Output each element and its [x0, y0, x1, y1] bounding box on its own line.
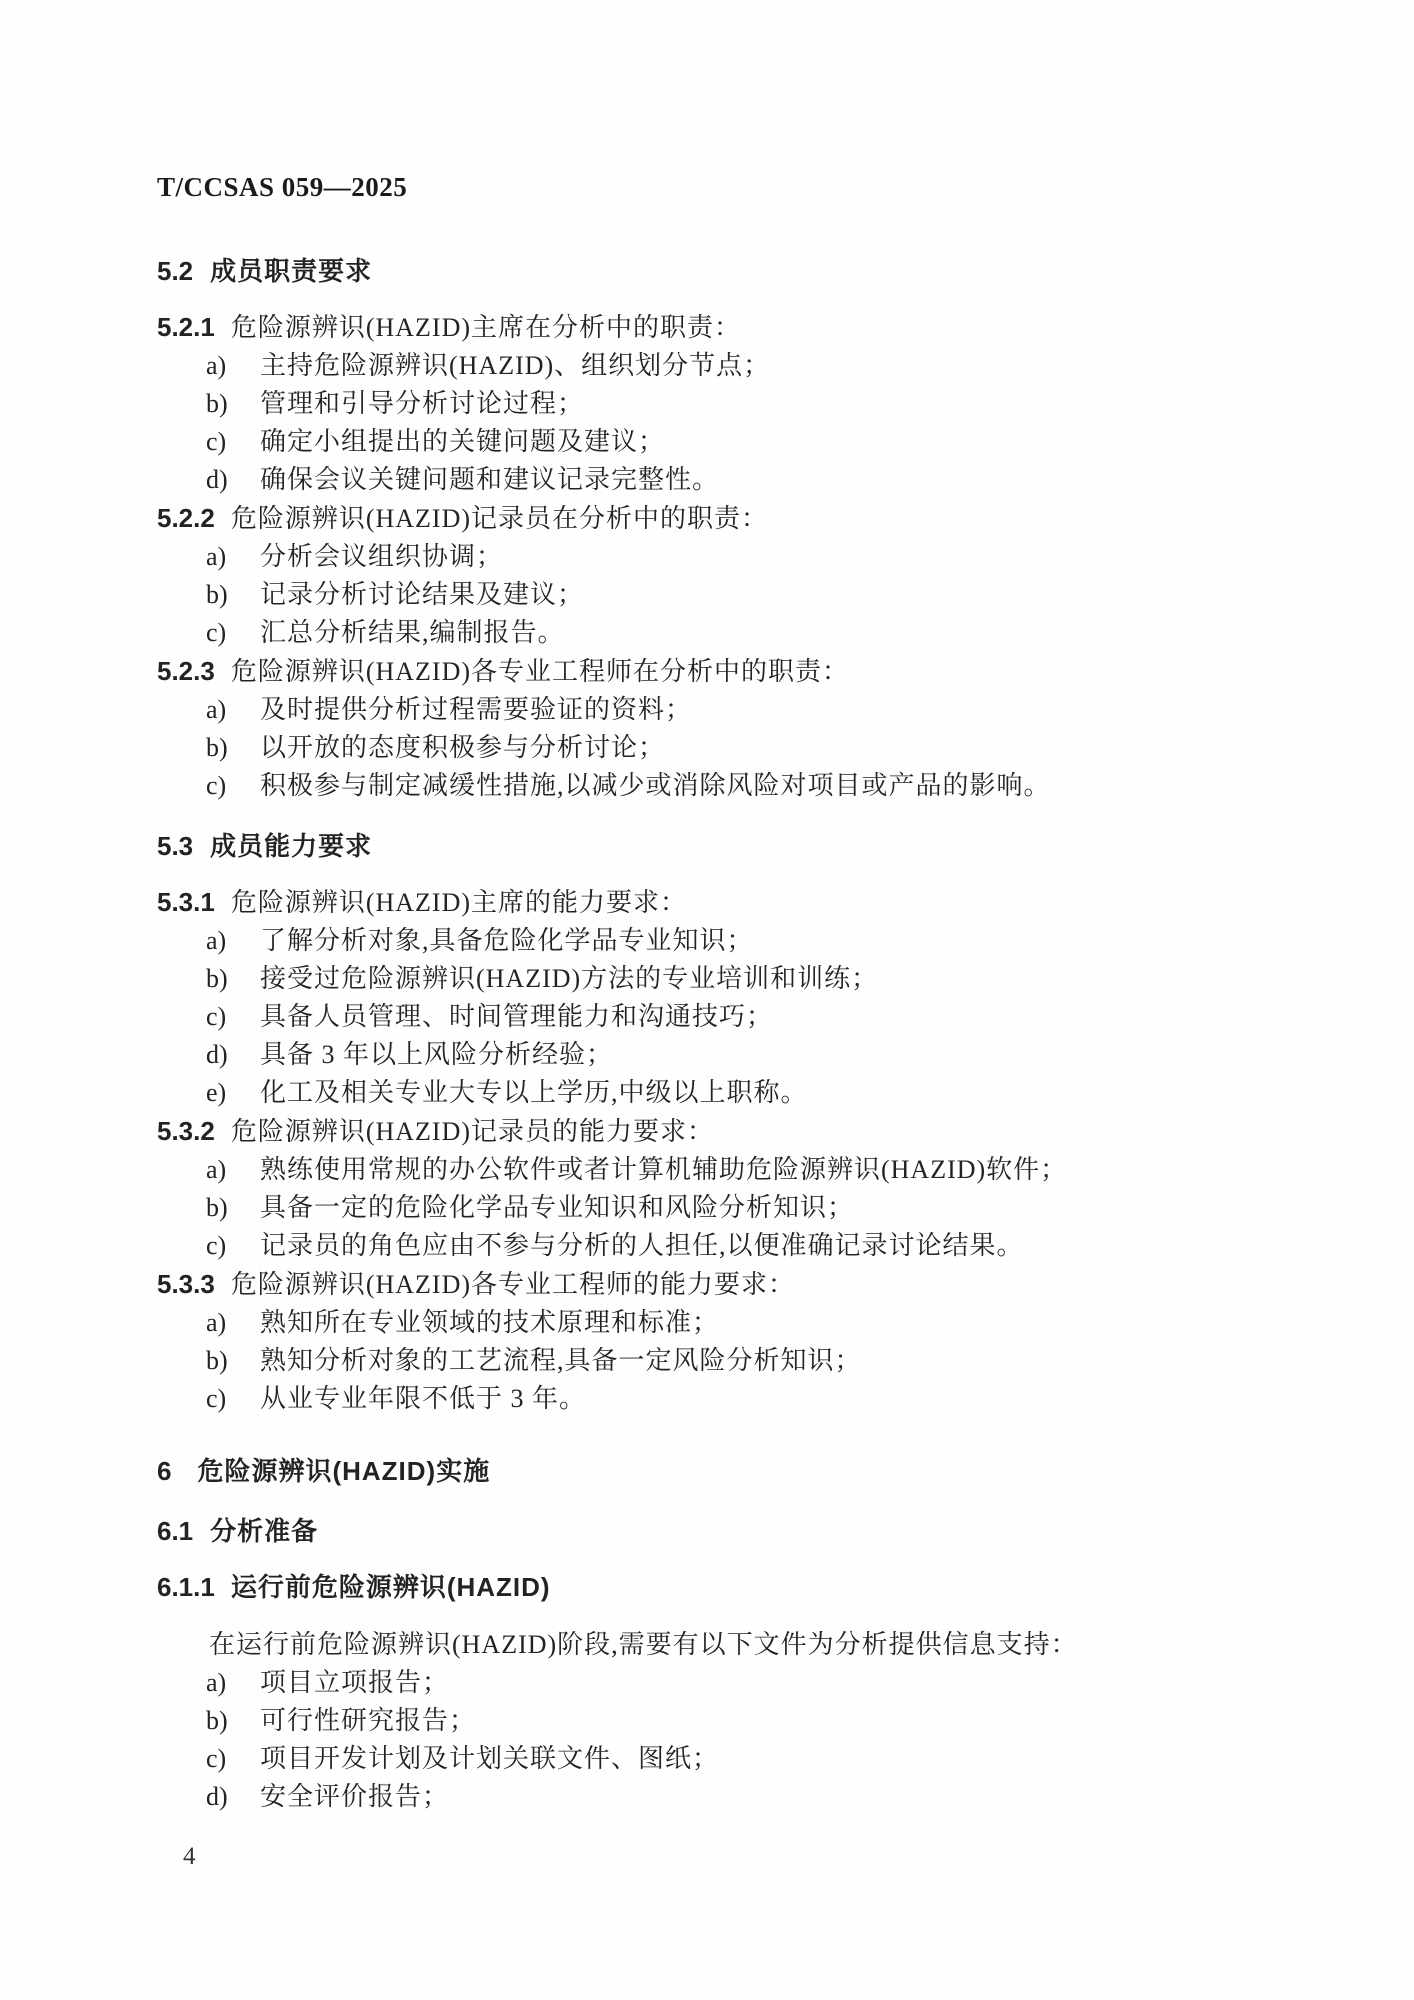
block-text: 分析会议组织协调； — [260, 542, 503, 571]
list-item: b)以开放的态度积极参与分析讨论； — [206, 729, 1297, 767]
section-number: 6 — [157, 1456, 171, 1486]
block-text: 接受过危险源辨识(HAZID)方法的专业培训和训练； — [260, 964, 878, 993]
block-text: 熟知所在专业领域的技术原理和标准； — [260, 1308, 719, 1337]
block-text: 危险源辨识(HAZID)记录员在分析中的职责： — [231, 504, 768, 533]
list-item: c)项目开发计划及计划关联文件、图纸； — [206, 1740, 1297, 1778]
block-text: 运行前危险源辨识(HAZID) — [231, 1572, 551, 1602]
section-number: 5.2 — [157, 256, 193, 286]
list-item-letter: d) — [206, 1036, 260, 1074]
block-text: 熟知分析对象的工艺流程,具备一定风险分析知识； — [260, 1346, 862, 1375]
block-text: 确定小组提出的关键问题及建议； — [260, 427, 665, 456]
list-item-letter: e) — [206, 1074, 260, 1112]
list-item-letter: a) — [206, 538, 260, 576]
list-item-letter: a) — [206, 1664, 260, 1702]
list-item: c)汇总分析结果,编制报告。 — [206, 614, 1297, 652]
list-item-letter: d) — [206, 1778, 260, 1816]
section-heading: 6危险源辨识(HAZID)实施 — [157, 1452, 1297, 1490]
section-number: 5.2.3 — [157, 656, 215, 686]
section-number: 5.3.1 — [157, 887, 215, 917]
block-text: 了解分析对象,具备危险化学品专业知识； — [260, 926, 754, 955]
list-item: a)及时提供分析过程需要验证的资料； — [206, 691, 1297, 729]
block-text: 熟练使用常规的办公软件或者计算机辅助危险源辨识(HAZID)软件； — [260, 1155, 1067, 1184]
section-number: 5.3.2 — [157, 1116, 215, 1146]
block-text: 危险源辨识(HAZID)实施 — [197, 1456, 490, 1486]
block-text: 及时提供分析过程需要验证的资料； — [260, 695, 692, 724]
block-text: 记录分析讨论结果及建议； — [260, 580, 584, 609]
section-number: 5.3.3 — [157, 1269, 215, 1299]
list-item: d)确保会议关键问题和建议记录完整性。 — [206, 461, 1297, 499]
clause: 5.3.1危险源辨识(HAZID)主席的能力要求： — [157, 883, 1297, 922]
clause: 5.2.2危险源辨识(HAZID)记录员在分析中的职责： — [157, 499, 1297, 538]
block-text: 以开放的态度积极参与分析讨论； — [260, 733, 665, 762]
list-item: a)熟练使用常规的办公软件或者计算机辅助危险源辨识(HAZID)软件； — [206, 1151, 1297, 1189]
list-item-letter: d) — [206, 461, 260, 499]
list-item: a)了解分析对象,具备危险化学品专业知识； — [206, 922, 1297, 960]
list-item: c)具备人员管理、时间管理能力和沟通技巧； — [206, 998, 1297, 1036]
clause: 5.3.2危险源辨识(HAZID)记录员的能力要求： — [157, 1112, 1297, 1151]
document-body: 5.2成员职责要求5.2.1危险源辨识(HAZID)主席在分析中的职责：a)主持… — [157, 230, 1297, 1816]
list-item-letter: c) — [206, 767, 260, 805]
list-item-letter: b) — [206, 1702, 260, 1740]
list-item: b)管理和引导分析讨论过程； — [206, 385, 1297, 423]
block-text: 在运行前危险源辨识(HAZID)阶段,需要有以下文件为分析提供信息支持： — [209, 1630, 1078, 1659]
block-text: 管理和引导分析讨论过程； — [260, 389, 584, 418]
block-text: 成员职责要求 — [210, 256, 372, 286]
list-item-letter: c) — [206, 1380, 260, 1418]
block-text: 危险源辨识(HAZID)主席在分析中的职责： — [231, 313, 741, 342]
list-item: d)具备 3 年以上风险分析经验； — [206, 1036, 1297, 1074]
list-item-letter: a) — [206, 1151, 260, 1189]
block-text: 可行性研究报告； — [260, 1706, 476, 1735]
list-item-letter: b) — [206, 576, 260, 614]
clause: 5.2.3危险源辨识(HAZID)各专业工程师在分析中的职责： — [157, 652, 1297, 691]
list-item-letter: c) — [206, 423, 260, 461]
list-item-letter: a) — [206, 922, 260, 960]
list-item-letter: c) — [206, 1740, 260, 1778]
list-item: c)积极参与制定减缓性措施,以减少或消除风险对项目或产品的影响。 — [206, 767, 1297, 805]
page-number: 4 — [183, 1843, 196, 1871]
clause: 5.3.3危险源辨识(HAZID)各专业工程师的能力要求： — [157, 1265, 1297, 1304]
section-number: 5.2.2 — [157, 503, 215, 533]
list-item: b)具备一定的危险化学品专业知识和风险分析知识； — [206, 1189, 1297, 1227]
list-item-letter: a) — [206, 691, 260, 729]
paragraph: 在运行前危险源辨识(HAZID)阶段,需要有以下文件为分析提供信息支持： — [157, 1626, 1297, 1664]
list-item: a)分析会议组织协调； — [206, 538, 1297, 576]
block-text: 具备人员管理、时间管理能力和沟通技巧； — [260, 1002, 773, 1031]
subsection-heading: 5.2成员职责要求 — [157, 252, 1297, 290]
list-item: a)项目立项报告； — [206, 1664, 1297, 1702]
block-text: 危险源辨识(HAZID)记录员的能力要求： — [231, 1117, 714, 1146]
block-text: 项目立项报告； — [260, 1668, 449, 1697]
subsection-heading: 5.3成员能力要求 — [157, 827, 1297, 865]
block-text: 确保会议关键问题和建议记录完整性。 — [260, 465, 719, 494]
block-text: 汇总分析结果,编制报告。 — [260, 618, 565, 647]
section-number: 5.2.1 — [157, 312, 215, 342]
list-item: c)确定小组提出的关键问题及建议； — [206, 423, 1297, 461]
section-number: 6.1 — [157, 1516, 193, 1546]
section-number: 6.1.1 — [157, 1572, 215, 1602]
list-item-letter: a) — [206, 1304, 260, 1342]
list-item-letter: b) — [206, 960, 260, 998]
list-item: e)化工及相关专业大专以上学历,中级以上职称。 — [206, 1074, 1297, 1112]
list-item: b)记录分析讨论结果及建议； — [206, 576, 1297, 614]
list-item: c)从业专业年限不低于 3 年。 — [206, 1380, 1297, 1418]
block-text: 危险源辨识(HAZID)主席的能力要求： — [231, 888, 687, 917]
list-item: d)安全评价报告； — [206, 1778, 1297, 1816]
list-item-letter: b) — [206, 1342, 260, 1380]
block-text: 记录员的角色应由不参与分析的人担任,以便准确记录讨论结果。 — [260, 1231, 1024, 1260]
list-item: a)熟知所在专业领域的技术原理和标准； — [206, 1304, 1297, 1342]
block-text: 具备 3 年以上风险分析经验； — [260, 1040, 613, 1069]
list-item: c)记录员的角色应由不参与分析的人担任,以便准确记录讨论结果。 — [206, 1227, 1297, 1265]
subsection-heading: 6.1分析准备 — [157, 1512, 1297, 1550]
block-text: 成员能力要求 — [210, 831, 372, 861]
subsubsection-heading: 6.1.1运行前危险源辨识(HAZID) — [157, 1568, 1297, 1606]
list-item-letter: b) — [206, 385, 260, 423]
list-item-letter: b) — [206, 1189, 260, 1227]
block-text: 具备一定的危险化学品专业知识和风险分析知识； — [260, 1193, 854, 1222]
block-text: 危险源辨识(HAZID)各专业工程师的能力要求： — [231, 1270, 795, 1299]
block-text: 安全评价报告； — [260, 1782, 449, 1811]
block-text: 分析准备 — [210, 1516, 318, 1546]
list-item-letter: c) — [206, 998, 260, 1036]
list-item: b)接受过危险源辨识(HAZID)方法的专业培训和训练； — [206, 960, 1297, 998]
block-text: 项目开发计划及计划关联文件、图纸； — [260, 1744, 719, 1773]
list-item: a)主持危险源辨识(HAZID)、组织划分节点； — [206, 347, 1297, 385]
block-text: 主持危险源辨识(HAZID)、组织划分节点； — [260, 351, 770, 380]
list-item-letter: c) — [206, 614, 260, 652]
section-number: 5.3 — [157, 831, 193, 861]
list-item-letter: c) — [206, 1227, 260, 1265]
block-text: 危险源辨识(HAZID)各专业工程师在分析中的职责： — [231, 657, 849, 686]
list-item-letter: a) — [206, 347, 260, 385]
list-item-letter: b) — [206, 729, 260, 767]
document-page: T/CCSAS 059—2025 5.2成员职责要求5.2.1危险源辨识(HAZ… — [0, 0, 1414, 2000]
list-item: b)熟知分析对象的工艺流程,具备一定风险分析知识； — [206, 1342, 1297, 1380]
standard-number: T/CCSAS 059—2025 — [157, 168, 407, 206]
block-text: 积极参与制定减缓性措施,以减少或消除风险对项目或产品的影响。 — [260, 771, 1051, 800]
list-item: b)可行性研究报告； — [206, 1702, 1297, 1740]
block-text: 化工及相关专业大专以上学历,中级以上职称。 — [260, 1078, 808, 1107]
clause: 5.2.1危险源辨识(HAZID)主席在分析中的职责： — [157, 308, 1297, 347]
block-text: 从业专业年限不低于 3 年。 — [260, 1384, 586, 1413]
